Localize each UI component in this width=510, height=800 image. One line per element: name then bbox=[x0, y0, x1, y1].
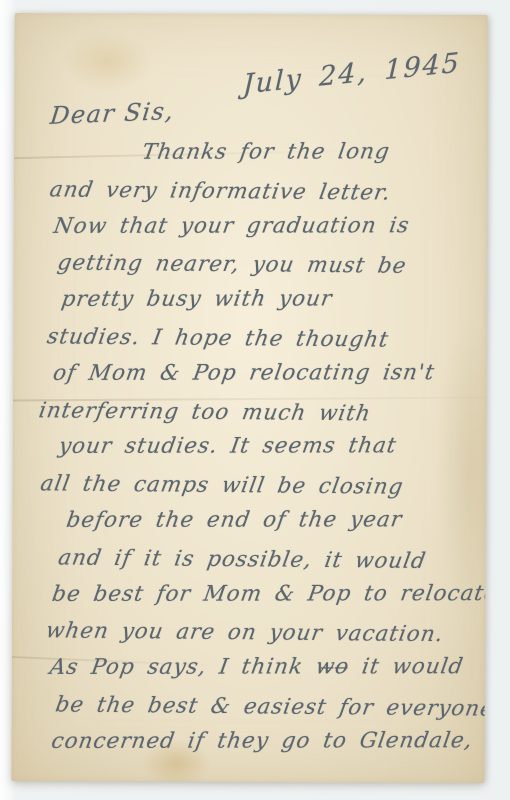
letter-body: Thanks for the long and very informative… bbox=[11, 135, 487, 763]
letter-line: pretty busy with your bbox=[11, 281, 487, 319]
paper-stain-top-left bbox=[62, 31, 152, 91]
scan-background: July 24, 1945 Dear Sis, Thanks for the l… bbox=[0, 0, 510, 800]
letter-line: before the end of the year bbox=[11, 502, 487, 540]
letter-line: of Mom & Pop relocating isn't bbox=[11, 355, 487, 393]
letter-paper: July 24, 1945 Dear Sis, Thanks for the l… bbox=[11, 13, 487, 783]
letter-line: studies. I hope the thought bbox=[11, 319, 487, 360]
letter-line: concerned if they go to Glendale, bbox=[11, 723, 487, 761]
letter-line: As Pop says, I think w̶o̶ it would bbox=[11, 649, 487, 687]
letter-line: Now that your graduation is bbox=[11, 208, 487, 246]
letter-line: and very informative letter. bbox=[11, 172, 487, 213]
letter-line: all the camps will be closing bbox=[11, 466, 487, 507]
letter-line: and if it is possible, it would bbox=[11, 540, 487, 581]
letter-line: be best for Mom & Pop to relocate bbox=[11, 576, 487, 614]
letter-date: July 24, 1945 bbox=[242, 47, 461, 100]
letter-line: your studies. It seems that bbox=[11, 429, 487, 467]
letter-line: Thanks for the long bbox=[11, 134, 487, 172]
letter-line: be the best & easiest for everyone bbox=[11, 687, 487, 728]
letter-salutation: Dear Sis, bbox=[49, 97, 177, 130]
